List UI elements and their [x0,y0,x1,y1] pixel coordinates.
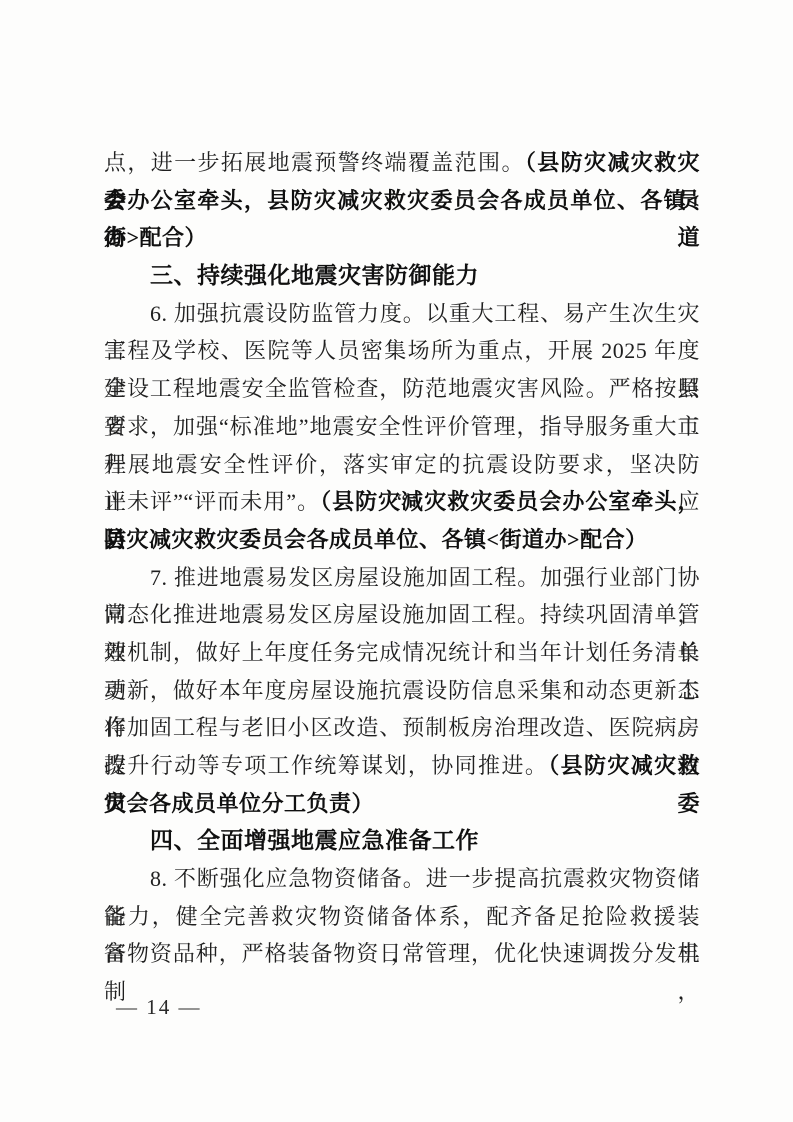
text-line: 效机制，做好上年度任务完成情况统计和当年计划任务清单动态 [104,634,700,672]
text-line: 建设工程地震安全监管检查，防范地震灾害风险。严格按照省市 [104,370,700,408]
section-heading: 三、持续强化地震灾害防御能力 [104,257,700,295]
text-line: 要求，加强“标准地”地震安全性评价管理，指导服务重大工程 [104,408,700,446]
text-line: 提升行动等专项工作统筹谋划，协同推进。（县防灾减灾救灾委 [104,747,700,785]
text-line: 更新，做好本年度房屋设施抗震设防信息采集和动态更新工作。 [104,672,700,710]
document-page: 点，进一步拓展地震预警终端覆盖范围。（县防灾减灾救灾委员会办公室牵头，县防灾减灾… [0,0,793,1122]
text-segment: 员会各成员单位分工负责） [104,791,374,816]
text-segment: 四、全面增强地震应急准备工作 [150,827,479,853]
text-line: 防灾减灾救灾委员会各成员单位、各镇<街道办>配合） [104,521,700,559]
text-segment: 防灾减灾救灾委员会各成员单位、各镇<街道办>配合） [104,527,648,552]
text-segment: 点，进一步拓展地震预警终端覆盖范围。 [104,150,525,175]
text-segment: 评未评”“评而未用”。 [104,489,320,514]
text-line: 将加固工程与老旧小区改造、预制板房治理改造、医院病房改造 [104,709,700,747]
text-line: 7. 推进地震易发区房屋设施加固工程。加强行业部门协同， [104,559,700,597]
text-line: 工程及学校、医院等人员密集场所为重点，开展 2025 年度全县 [104,332,700,370]
text-segment: 办>配合） [104,225,207,250]
text-line: 富物资品种，严格装备物资日常管理，优化快速调拨分发机制， [104,935,700,973]
document-body: 点，进一步拓展地震预警终端覆盖范围。（县防灾减灾救灾委员会办公室牵头，县防灾减灾… [104,144,700,973]
text-line: 开展地震安全性评价，落实审定的抗震设防要求，坚决防止“应 [104,446,700,484]
text-segment: 三、持续强化地震灾害防御能力 [150,262,479,288]
text-line: 常态化推进地震易发区房屋设施加固工程。持续巩固清单管理长 [104,596,700,634]
text-line: 点，进一步拓展地震预警终端覆盖范围。（县防灾减灾救灾委员 [104,144,700,182]
text-segment: 提升行动等专项工作统筹谋划，协同推进。 [104,753,548,778]
page-number: — 14 — [116,995,202,1020]
text-line: 能力，健全完善救灾物资储备体系，配齐备足抢险救援装备，丰 [104,898,700,936]
section-heading: 四、全面增强地震应急准备工作 [104,822,700,860]
text-line: 会办公室牵头，县防灾减灾救灾委员会各成员单位、各镇<街道 [104,182,700,220]
text-line: 8. 不断强化应急物资储备。进一步提高抗震救灾物资储备 [104,860,700,898]
text-line: 6. 加强抗震设防监管力度。以重大工程、易产生次生灾害 [104,295,700,333]
text-line: 评未评”“评而未用”。（县防灾减灾救灾委员会办公室牵头，县 [104,483,700,521]
